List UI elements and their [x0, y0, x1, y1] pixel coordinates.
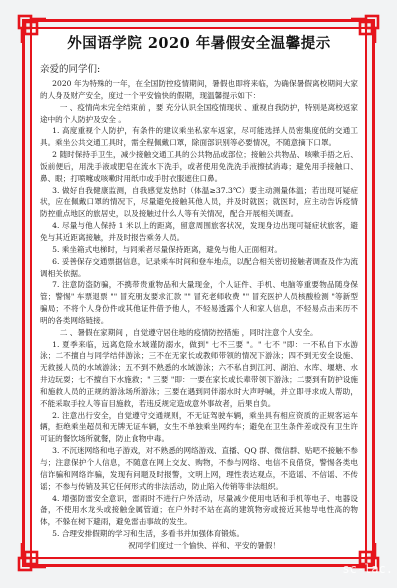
list-item: 3. 做好自我健康监测，自我感觉发热时（体温≥37.3℃）要主动测量体温；若出现… [40, 185, 358, 221]
list-item: 2 随时保持手卫生，减少接触交通工具的公共物品或部位；接触公共物品、咳嗽手捂之后… [40, 149, 358, 185]
closing-line: 祝同学们度过一个愉快、祥和、平安的暑假！ [40, 540, 358, 552]
list-item: 1. 夏季来临，远离危险水域谨防溺水，做到" 七不三要 "。" 七不 "即：一不… [40, 339, 358, 410]
watermark: sc-lac. [342, 562, 393, 576]
list-item: 5. 乘坐箱式电梯时，与同乘者尽量保持距离，避免与他人正面相对。 [40, 244, 358, 256]
list-item: 7. 注意防盗防骗，不携带贵重物品和大量现金，个人证件、手机、电脑等重要物品随身… [40, 279, 358, 326]
page-title: 外国语学院 2020 年暑假安全温馨提示 [40, 32, 358, 53]
intro-paragraph: 2020 年为特殊的一年，在全国防控疫情期间，暑假也即将来临，为确保暑假离校期间… [40, 78, 358, 102]
list-item: 4. 增强防雷安全意识，雷雨时不进行户外活动，尽量减少使用电话和手机等电子、电器… [40, 493, 358, 529]
list-item: 3. 不沉迷网络和电子游戏，对不熟悉的网络游戏、直播、QQ 群、微信群、贴吧不接… [40, 445, 358, 492]
list-item: 2. 注意出行安全，自觉遵守交通规则，不无证驾驶车辆，乘坐具有相应资质的正规客运… [40, 410, 358, 446]
list-item: 1. 高度重视个人防护，有条件的建议乘坐私家车返家，尽可能选择人员密集度低的交通… [40, 125, 358, 149]
list-item: 6. 妥善保存交通票据信息，记录乘车时间和登车地点，以配合相关密切接触者调查及作… [40, 256, 358, 280]
section-heading-2: 二 、暑假在家期间 ，自觉遵守居住地的疫情防控措施 ，同时注意个人安全。 [40, 327, 358, 339]
notice-body: 外国语学院 2020 年暑假安全温馨提示 亲爱的同学们: 2020 年为特殊的一… [40, 30, 358, 552]
list-item: 4. 尽量与他人保持 1 米以上的距离，留意周围旅客状况，发现身边出现可疑症状旅… [40, 220, 358, 244]
list-item: 5. 合理安排假期的学习和生活，多看书并加强体育锻炼。 [40, 528, 358, 540]
greeting: 亲爱的同学们: [40, 61, 358, 75]
section-heading-1: 一 、疫情尚未完全结束前 ，要 充分认识全国疫情现状 、重视自我防护，特别是离校… [40, 102, 358, 126]
